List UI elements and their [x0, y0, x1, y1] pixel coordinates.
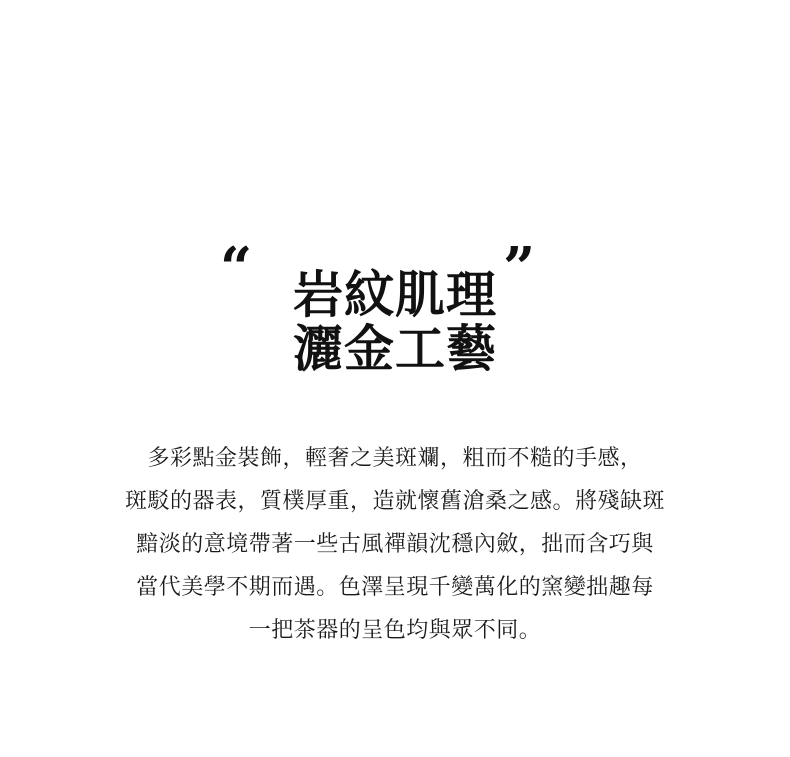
description-line-1: 多彩點金裝飾，輕奢之美斑斕，粗而不糙的手感，: [0, 436, 790, 479]
description-line-4: 當代美學不期而遇。色澤呈現千變萬化的窯變拙趣每: [0, 565, 790, 608]
page-title-line-1: 岩紋肌理: [0, 268, 790, 322]
description-line-2: 斑駁的器表，質樸厚重，造就懷舊滄桑之感。將殘缺斑: [0, 479, 790, 522]
description-paragraph: 多彩點金裝飾，輕奢之美斑斕，粗而不糙的手感， 斑駁的器表，質樸厚重，造就懷舊滄桑…: [0, 436, 790, 651]
description-line-3: 黯淡的意境帶著一些古風禪韻沈穩內斂，拙而含巧與: [0, 522, 790, 565]
page-title-line-2: 灑金工藝: [0, 322, 790, 376]
product-description-section: “ ” 岩紋肌理 灑金工藝 多彩點金裝飾，輕奢之美斑斕，粗而不糙的手感， 斑駁的…: [0, 0, 790, 757]
hero-heading: 岩紋肌理 灑金工藝: [0, 268, 790, 376]
description-line-5: 一把茶器的呈色均與眾不同。: [0, 608, 790, 651]
